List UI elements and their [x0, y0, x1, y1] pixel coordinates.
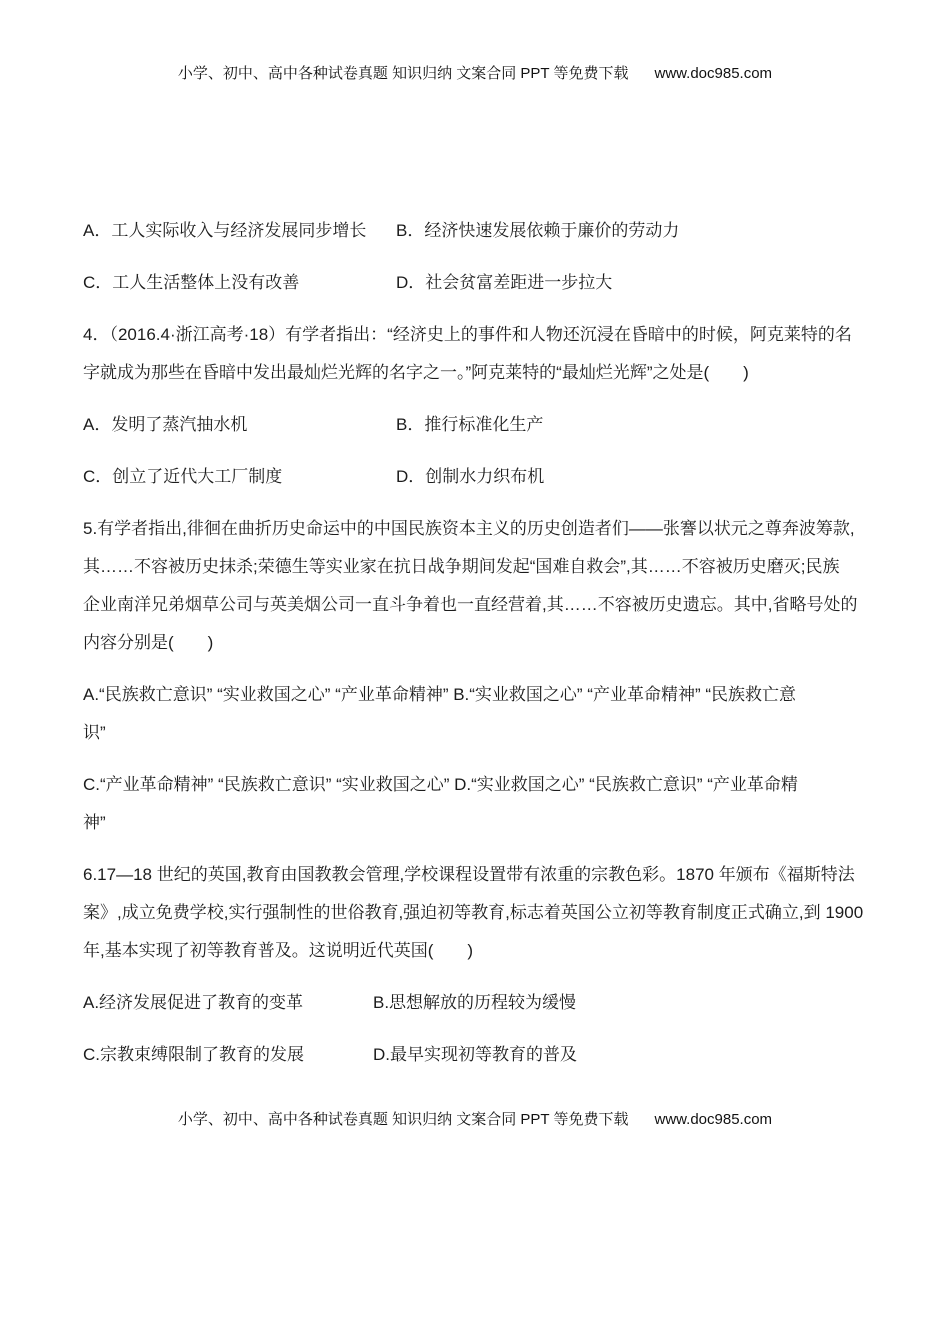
- question-5-stem-line-3: 企业南洋兄弟烟草公司与英美烟公司一直斗争着也一直经营着,其……不容被历史遗忘。其…: [83, 586, 883, 624]
- question-5-options-ab-line-2: 识”: [83, 714, 883, 752]
- question-6-stem: 6.17—18 世纪的英国,教育由国教教会管理,学校课程设置带有浓重的宗教色彩。…: [83, 856, 883, 970]
- question-4-stem-line-1: 4．（2016.4·浙江高考·18）有学者指出：“经济史上的事件和人物还沉浸在昏…: [83, 316, 883, 354]
- question-4-option-b: B．推行标准化生产: [396, 415, 543, 434]
- question-5-stem-line-2: 其……不容被历史抹杀;荣德生等实业家在抗日战争期间发起“国难自救会”,其……不容…: [83, 548, 883, 586]
- question-4-option-row-cd: C．创立了近代大工厂制度D．创制水力织布机: [83, 458, 883, 496]
- question-3-option-a: A．工人实际收入与经济发展同步增长: [83, 212, 396, 250]
- question-5-options-ab: A.“民族救亡意识” “实业救国之心” “产业革命精神” B.“实业救国之心” …: [83, 676, 883, 752]
- question-6-options-ab: A.经济发展促进了教育的变革B.思想解放的历程较为缓慢: [83, 984, 883, 1022]
- question-6-option-row-cd: C.宗教束缚限制了教育的发展D.最早实现初等教育的普及: [83, 1036, 883, 1074]
- question-6-option-b: B.思想解放的历程较为缓慢: [373, 993, 576, 1012]
- question-4-option-d: D．创制水力织布机: [396, 467, 544, 486]
- question-6-option-d: D.最早实现初等教育的普及: [373, 1045, 577, 1064]
- question-6-option-c: C.宗教束缚限制了教育的发展: [83, 1036, 373, 1074]
- page-footer: 小学、初中、高中各种试卷真题 知识归纳 文案合同 PPT 等免费下载www.do…: [0, 1108, 950, 1132]
- question-3-option-d: D．社会贫富差距进一步拉大: [396, 273, 612, 292]
- question-4-stem: 4．（2016.4·浙江高考·18）有学者指出：“经济史上的事件和人物还沉浸在昏…: [83, 316, 883, 392]
- question-5-stem-line-1: 5.有学者指出,徘徊在曲折历史命运中的中国民族资本主义的历史创造者们——张謇以状…: [83, 510, 883, 548]
- footer-promo-text: 小学、初中、高中各种试卷真题 知识归纳 文案合同 PPT 等免费下载: [178, 1111, 629, 1128]
- question-3-options-cd: C．工人生活整体上没有改善D．社会贫富差距进一步拉大: [83, 264, 883, 302]
- question-3-option-b: B．经济快速发展依赖于廉价的劳动力: [396, 221, 679, 240]
- footer-site-url: www.doc985.com: [655, 1108, 773, 1132]
- question-4-options-ab: A．发明了蒸汽抽水机B．推行标准化生产: [83, 406, 883, 444]
- question-6-options-cd: C.宗教束缚限制了教育的发展D.最早实现初等教育的普及: [83, 1036, 883, 1074]
- question-4-option-row-ab: A．发明了蒸汽抽水机B．推行标准化生产: [83, 406, 883, 444]
- question-6-option-row-ab: A.经济发展促进了教育的变革B.思想解放的历程较为缓慢: [83, 984, 883, 1022]
- question-5-options-ab-line-1: A.“民族救亡意识” “实业救国之心” “产业革命精神” B.“实业救国之心” …: [83, 676, 883, 714]
- header-site-url: www.doc985.com: [655, 62, 773, 86]
- question-5-stem: 5.有学者指出,徘徊在曲折历史命运中的中国民族资本主义的历史创造者们——张謇以状…: [83, 510, 883, 662]
- question-3-options: A．工人实际收入与经济发展同步增长B．经济快速发展依赖于廉价的劳动力: [83, 212, 883, 250]
- question-3-option-row-cd: C．工人生活整体上没有改善D．社会贫富差距进一步拉大: [83, 264, 883, 302]
- question-5-options-cd-line-2: 神”: [83, 804, 883, 842]
- question-5-stem-line-4: 内容分别是( ): [83, 624, 883, 662]
- header-promo-text: 小学、初中、高中各种试卷真题 知识归纳 文案合同 PPT 等免费下载: [178, 65, 629, 82]
- question-6-stem-line-1: 6.17—18 世纪的英国,教育由国教教会管理,学校课程设置带有浓重的宗教色彩。…: [83, 856, 883, 894]
- question-6-option-a: A.经济发展促进了教育的变革: [83, 984, 373, 1022]
- question-4-options-cd: C．创立了近代大工厂制度D．创制水力织布机: [83, 458, 883, 496]
- question-4-option-c: C．创立了近代大工厂制度: [83, 458, 396, 496]
- question-6-stem-line-3: 年,基本实现了初等教育普及。这说明近代英国( ): [83, 932, 883, 970]
- question-6-stem-line-2: 案》,成立免费学校,实行强制性的世俗教育,强迫初等教育,标志着英国公立初等教育制…: [83, 894, 883, 932]
- page-header: 小学、初中、高中各种试卷真题 知识归纳 文案合同 PPT 等免费下载www.do…: [0, 62, 950, 86]
- document-page: 小学、初中、高中各种试卷真题 知识归纳 文案合同 PPT 等免费下载www.do…: [0, 0, 950, 1344]
- question-4-stem-line-2: 字就成为那些在昏暗中发出最灿烂光辉的名字之一。”阿克莱特的“最灿烂光辉”之处是(…: [83, 354, 883, 392]
- question-5-options-cd-line-1: C.“产业革命精神” “民族救亡意识” “实业救国之心” D.“实业救国之心” …: [83, 766, 883, 804]
- question-3-option-row-ab: A．工人实际收入与经济发展同步增长B．经济快速发展依赖于廉价的劳动力: [83, 212, 883, 250]
- question-4-option-a: A．发明了蒸汽抽水机: [83, 406, 396, 444]
- question-5-options-cd: C.“产业革命精神” “民族救亡意识” “实业救国之心” D.“实业救国之心” …: [83, 766, 883, 842]
- document-body: A．工人实际收入与经济发展同步增长B．经济快速发展依赖于廉价的劳动力 C．工人生…: [83, 212, 883, 1088]
- question-3-option-c: C．工人生活整体上没有改善: [83, 264, 396, 302]
